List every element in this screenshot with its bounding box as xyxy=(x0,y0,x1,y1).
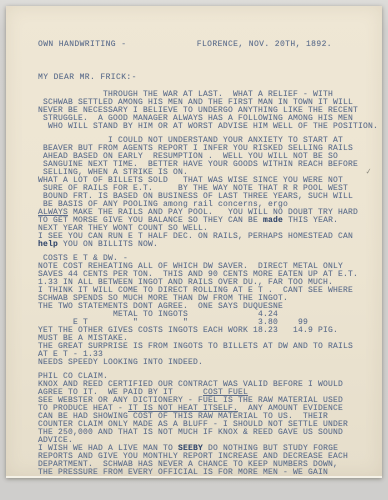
letter-text: YOU ON BILLITS NOW. xyxy=(58,240,158,249)
letter-line: help YOU ON BILLITS NOW. xyxy=(38,241,374,249)
letter-line: WHO WILL STAND BY HIM OR AT WORST ADVISE… xyxy=(38,123,374,131)
letter-text: made xyxy=(263,216,283,225)
letter-text: THE 250,000 AND THAT IS NOT MUCH IF KNOX… xyxy=(38,428,343,437)
letter-header: OWN HANDWRITING - FLORENCE, NOV. 20TH, 1… xyxy=(6,6,382,49)
letter-text: WHO WILL STAND BY HIM OR AT WORST ADVISE… xyxy=(38,122,378,131)
letter-text: NEEDS SPEEDY LOOKING INTO INDEED. xyxy=(38,358,203,367)
dateline: FLORENCE, NOV. 20TH, 1892. xyxy=(197,40,332,49)
letter-body: THROUGH THE WAR AT LAST. WHAT A RELIEF -… xyxy=(6,82,382,477)
letter-text: help xyxy=(38,240,58,249)
letter-line: THE 250,000 AND THAT IS NOT MUCH IF KNOX… xyxy=(38,429,374,437)
letter-line: NEEDS SPEEDY LOOKING INTO INDEED. xyxy=(38,359,374,367)
scan-background: OWN HANDWRITING - FLORENCE, NOV. 20TH, 1… xyxy=(0,0,388,500)
pencil-checkmark: ✓ xyxy=(366,168,373,177)
letter-line: THE PRESSURE FROM EVERY OFFICIAL IS FOR … xyxy=(38,469,374,477)
letter-text: THE PRESSURE FROM EVERY OFFICIAL IS FOR … xyxy=(38,468,328,477)
salutation: MY DEAR MR. FRICK:- xyxy=(6,49,382,82)
letter-text: THIS YEAR. xyxy=(283,216,338,225)
handwriting-note: OWN HANDWRITING - xyxy=(38,40,126,49)
letter-page: OWN HANDWRITING - FLORENCE, NOV. 20TH, 1… xyxy=(6,6,382,478)
